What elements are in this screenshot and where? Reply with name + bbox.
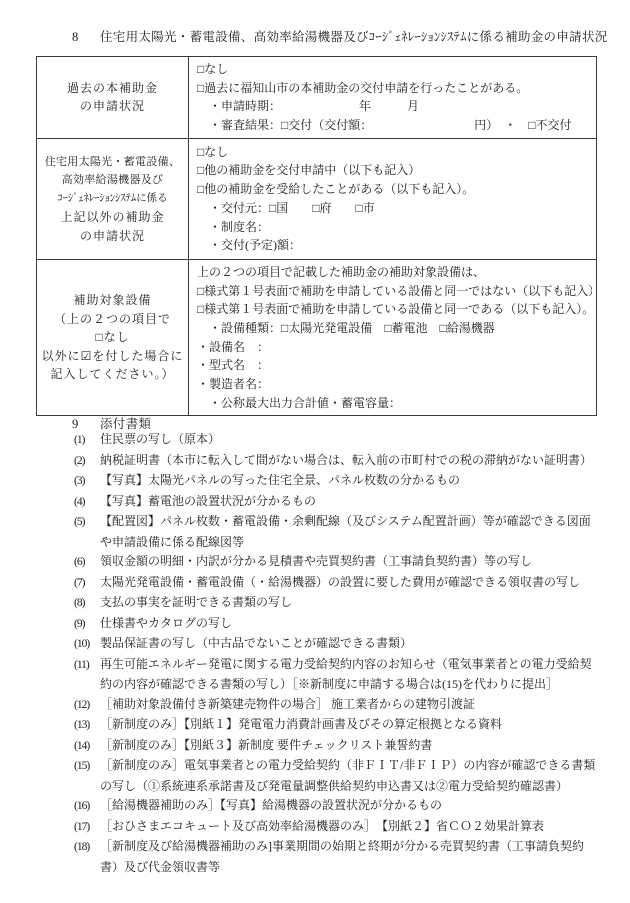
checkbox-option-line: □様式第１号表面で補助を申請している設備と同一である（以下も記入）。 bbox=[197, 300, 592, 319]
row-header-line: ｺｰｼﾞｪﾈﾚｰｼｮﾝｼｽﾃﾑに係る bbox=[39, 190, 186, 209]
attachment-item-text: ［新制度及び給湯機器補助のみ]事業期間の始期と終期が分かる売買契約書（工事請負契… bbox=[100, 839, 584, 874]
attachment-item-number: (15) bbox=[74, 757, 100, 777]
attachment-item-text: 仕様書やカタログの写し bbox=[100, 616, 232, 630]
attachment-item: (5)【配置図】パネル枚数・蓄電設備・余剰配線（及びシステム配置計画）等が確認で… bbox=[74, 512, 600, 552]
row-body-cell: 上の２つの項目で記載した補助金の補助対象設備は、□様式第１号表面で補助を申請して… bbox=[189, 259, 597, 416]
attachment-item: (11)再生可能エネルギー発電に関する電力受給契約内容のお知らせ（電気事業者との… bbox=[74, 655, 600, 695]
checkbox-option-line: □なし bbox=[197, 60, 592, 79]
form-field-line: ・交付元：□国 □府 □市 bbox=[209, 199, 592, 218]
subsidy-status-table: 過去の本補助金の申請状況□なし□過去に福知山市の本補助金の交付申請を行ったことが… bbox=[36, 56, 597, 416]
attachment-item-text: 住民票の写し（原本） bbox=[100, 432, 220, 446]
attachment-item: (13)［新制度のみ］【別紙１】発電電力消費計画書及びその算定根拠となる資料 bbox=[74, 715, 600, 736]
form-field-line: ・型式名 ： bbox=[197, 356, 592, 375]
attachments-list: (1)住民票の写し（原本）(2)納税証明書（本市に転入して間がない場合は、転入前… bbox=[74, 430, 600, 877]
attachment-item: (2)納税証明書（本市に転入して間がない場合は、転入前の市町村での税の滞納がない… bbox=[74, 451, 600, 472]
row-header-line: 住宅用太陽光・蓄電設備、 bbox=[39, 153, 186, 172]
attachment-item-text: ［おひさまエコキュート及び高効率給湯機器のみ］ 【別紙２】省ＣＯ２効果計算表 bbox=[100, 819, 544, 833]
attachment-item-text: 【写真】蓄電池の設置状況が分かるもの bbox=[100, 494, 316, 508]
attachment-item: (1)住民票の写し（原本） bbox=[74, 430, 600, 451]
attachment-item: (17)［おひさまエコキュート及び高効率給湯機器のみ］ 【別紙２】省ＣＯ２効果計… bbox=[74, 817, 600, 838]
section8-heading: 8住宅用太陽光・蓄電設備、高効率給湯機器及びｺｰｼﾞｪﾈﾚｰｼｮﾝｼｽﾃﾑに係る… bbox=[72, 27, 608, 45]
form-field-line: ・審査結果：□交付（交付額： 円） ・ □不交付 bbox=[209, 116, 592, 135]
attachment-item: (18)［新制度及び給湯機器補助のみ]事業期間の始期と終期が分かる売買契約書（工… bbox=[74, 837, 600, 877]
row-header-line: □なし bbox=[39, 328, 186, 347]
attachment-item-number: (2) bbox=[74, 452, 100, 472]
section8-number: 8 bbox=[72, 30, 100, 45]
form-field-line: ・製造者名： bbox=[197, 375, 592, 394]
attachment-item-number: (6) bbox=[74, 553, 100, 573]
attachment-item: (10)製品保証書の写し（中古品でないことが確認できる書類） bbox=[74, 634, 600, 655]
attachment-item: (14)［新制度のみ］【別紙３】新制度 要件チェックリスト兼誓約書 bbox=[74, 736, 600, 757]
attachment-item: (15)［新制度のみ］電気事業者との電力受給契約（非ＦＩＴ/非ＦＩＰ）の内容が確… bbox=[74, 756, 600, 796]
attachment-item-number: (1) bbox=[74, 431, 100, 451]
form-field-line: ・設備種類：□太陽光発電設備 □蓄電池 □給湯機器 bbox=[209, 319, 592, 338]
attachment-item-text: ［新制度のみ］電気事業者との電力受給契約（非ＦＩＴ/非ＦＩＰ）の内容が確認できる… bbox=[100, 758, 595, 793]
attachment-item-text: 再生可能エネルギー発電に関する電力受給契約内容のお知らせ（電気事業者との電力受給… bbox=[100, 657, 592, 692]
form-field-line: ・公称最大出力合計値・蓄電容量： bbox=[209, 394, 592, 413]
attachment-item: (3)【写真】太陽光パネルの写った住宅全景、パネル枚数の分かるもの bbox=[74, 471, 600, 492]
attachment-item-number: (10) bbox=[74, 635, 100, 655]
attachment-item-number: (3) bbox=[74, 472, 100, 492]
row-header-line: の申請状況 bbox=[39, 227, 186, 246]
attachment-item: (12)［補助対象設備付き新築建売物件の場合］ 施工業者からの建物引渡証 bbox=[74, 695, 600, 716]
document-page: 8住宅用太陽光・蓄電設備、高効率給湯機器及びｺｰｼﾞｪﾈﾚｰｼｮﾝｼｽﾃﾑに係る… bbox=[0, 0, 630, 903]
row-header-cell: 住宅用太陽光・蓄電設備、高効率給湯機器及びｺｰｼﾞｪﾈﾚｰｼｮﾝｼｽﾃﾑに係る上… bbox=[37, 138, 189, 259]
attachment-item: (16)［給湯機器補助のみ］【写真】給湯機器の設置状況が分かるもの bbox=[74, 796, 600, 817]
form-field-line: ・交付(予定)額： bbox=[209, 236, 592, 255]
attachment-item-number: (12) bbox=[74, 696, 100, 716]
attachment-item-text: ［新制度のみ］【別紙３】新制度 要件チェックリスト兼誓約書 bbox=[100, 738, 432, 752]
attachment-item-number: (7) bbox=[74, 574, 100, 594]
attachment-item-number: (13) bbox=[74, 716, 100, 736]
form-field-line: ・制度名： bbox=[209, 218, 592, 237]
row-header-cell: 過去の本補助金の申請状況 bbox=[37, 57, 189, 139]
attachment-item: (4)【写真】蓄電池の設置状況が分かるもの bbox=[74, 492, 600, 513]
attachment-item-text: 【写真】太陽光パネルの写った住宅全景、パネル枚数の分かるもの bbox=[100, 473, 460, 487]
attachment-item-text: ［新制度のみ］【別紙１】発電電力消費計画書及びその算定根拠となる資料 bbox=[100, 717, 502, 731]
row-header-line: 上記以外の補助金 bbox=[39, 208, 186, 227]
table-row: 補助対象設備（上の２つの項目で□なし以外に☑を付した場合に記入してください。）上… bbox=[37, 259, 597, 416]
row-header-line: の申請状況 bbox=[39, 97, 186, 116]
attachment-item-number: (16) bbox=[74, 797, 100, 817]
attachment-item-text: 支払の事実を証明できる書類の写し bbox=[100, 595, 292, 609]
row-header-line: 高効率給湯機器及び bbox=[39, 171, 186, 190]
row-header-line: （上の２つの項目で bbox=[39, 310, 186, 329]
attachment-item-text: 領収金額の明細・内訳が分かる見積書や売買契約書（工事請負契約書）等の写し bbox=[100, 554, 532, 568]
attachment-item-number: (8) bbox=[74, 594, 100, 614]
checkbox-option-line: □他の補助金を受給したことがある（以下も記入）。 bbox=[197, 180, 592, 199]
form-field-line: ・設備名 ： bbox=[197, 338, 592, 357]
attachment-item-text: 納税証明書（本市に転入して間がない場合は、転入前の市町村での税の滞納がない証明書… bbox=[100, 453, 592, 467]
attachment-item-text: ［補助対象設備付き新築建売物件の場合］ 施工業者からの建物引渡証 bbox=[100, 697, 475, 711]
form-field-line: ・申請時期： 年 月 bbox=[209, 97, 592, 116]
attachment-item-number: (17) bbox=[74, 818, 100, 838]
row-header-cell: 補助対象設備（上の２つの項目で□なし以外に☑を付した場合に記入してください。） bbox=[37, 259, 189, 416]
row-header-line: 補助対象設備 bbox=[39, 291, 186, 310]
table-row: 住宅用太陽光・蓄電設備、高効率給湯機器及びｺｰｼﾞｪﾈﾚｰｼｮﾝｼｽﾃﾑに係る上… bbox=[37, 138, 597, 259]
attachment-item-text: 太陽光発電設備・蓄電設備（・給湯機器）の設置に要した費用が確認できる領収書の写し bbox=[100, 575, 580, 589]
attachment-item: (8)支払の事実を証明できる書類の写し bbox=[74, 593, 600, 614]
checkbox-option-line: □様式第１号表面で補助を申請している設備と同一ではない（以下も記入）。 bbox=[197, 282, 592, 301]
attachment-item: (9)仕様書やカタログの写し bbox=[74, 614, 600, 635]
section9-title: 添付書類 bbox=[100, 417, 151, 431]
row-header-line: 以外に☑を付した場合に bbox=[39, 347, 186, 366]
attachment-item-number: (9) bbox=[74, 615, 100, 635]
attachment-item: (6)領収金額の明細・内訳が分かる見積書や売買契約書（工事請負契約書）等の写し bbox=[74, 552, 600, 573]
attachment-item-text: 【配置図】パネル枚数・蓄電設備・余剰配線（及びシステム配置計画）等が確認できる図… bbox=[100, 514, 591, 549]
row-header-line: 記入してください。） bbox=[39, 365, 186, 384]
attachment-item: (7)太陽光発電設備・蓄電設備（・給湯機器）の設置に要した費用が確認できる領収書… bbox=[74, 573, 600, 594]
checkbox-option-line: □なし bbox=[197, 143, 592, 162]
row-body-cell: □なし□過去に福知山市の本補助金の交付申請を行ったことがある。・申請時期： 年 … bbox=[189, 57, 597, 139]
row-header-line: 過去の本補助金 bbox=[39, 79, 186, 98]
attachment-item-text: ［給湯機器補助のみ］【写真】給湯機器の設置状況が分かるもの bbox=[100, 798, 442, 812]
attachment-item-text: 製品保証書の写し（中古品でないことが確認できる書類） bbox=[100, 636, 412, 650]
attachment-item-number: (11) bbox=[74, 656, 100, 676]
attachment-item-number: (14) bbox=[74, 737, 100, 757]
form-field-line: 上の２つの項目で記載した補助金の補助対象設備は、 bbox=[197, 263, 592, 282]
checkbox-option-line: □過去に福知山市の本補助金の交付申請を行ったことがある。 bbox=[197, 79, 592, 98]
attachment-item-number: (4) bbox=[74, 493, 100, 513]
attachment-item-number: (5) bbox=[74, 513, 100, 533]
table-row: 過去の本補助金の申請状況□なし□過去に福知山市の本補助金の交付申請を行ったことが… bbox=[37, 57, 597, 139]
section8-title: 住宅用太陽光・蓄電設備、高効率給湯機器及びｺｰｼﾞｪﾈﾚｰｼｮﾝｼｽﾃﾑに係る補… bbox=[100, 30, 608, 44]
attachment-item-number: (18) bbox=[74, 838, 100, 858]
subsidy-table-body: 過去の本補助金の申請状況□なし□過去に福知山市の本補助金の交付申請を行ったことが… bbox=[37, 57, 597, 416]
checkbox-option-line: □他の補助金を交付申請中（以下も記入） bbox=[197, 161, 592, 180]
row-body-cell: □なし□他の補助金を交付申請中（以下も記入）□他の補助金を受給したことがある（以… bbox=[189, 138, 597, 259]
